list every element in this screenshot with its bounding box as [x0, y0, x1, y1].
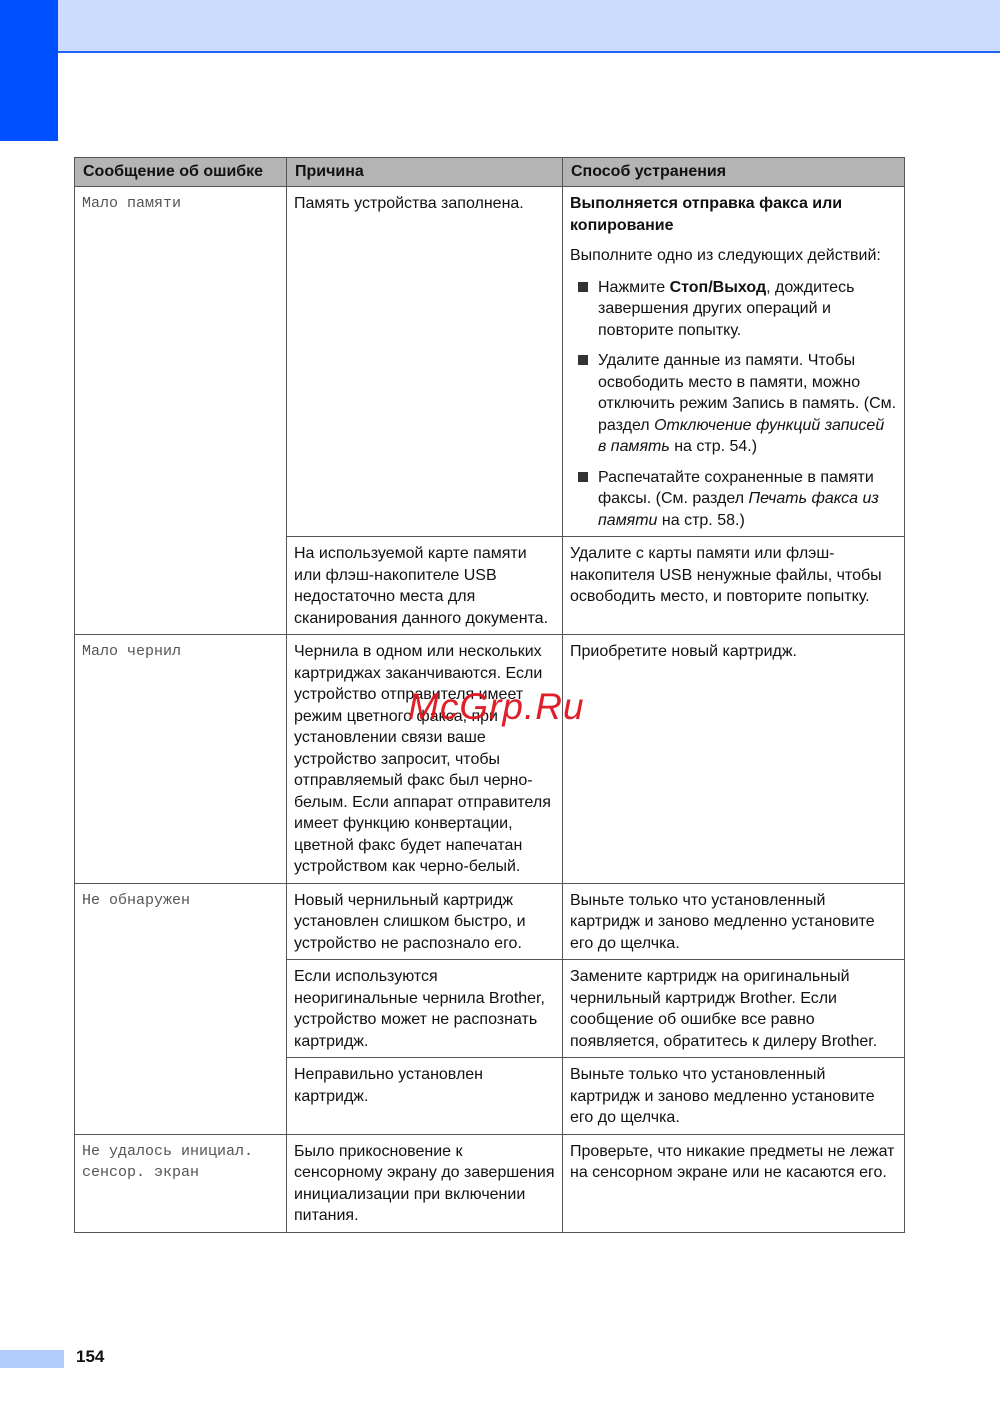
solution-intro: Выполните одно из следующих действий:: [570, 245, 897, 267]
solution-cell: Выньте только что установленный картридж…: [563, 883, 905, 960]
header-band: [58, 0, 1000, 53]
chapter-tab: [0, 0, 58, 141]
error-message-cell: Мало памяти: [75, 187, 287, 635]
item-text: Нажмите: [598, 279, 670, 296]
cause-cell: Неправильно установлен картридж.: [287, 1058, 563, 1135]
solution-cell: Удалите с карты памяти или флэш-накопите…: [563, 537, 905, 635]
cause-cell: Память устройства заполнена.: [287, 187, 563, 537]
cause-cell: Было прикосновение к сенсорному экрану д…: [287, 1134, 563, 1232]
cause-cell: Чернила в одном или нескольких картриджа…: [287, 635, 563, 884]
button-name-stop-exit: Стоп/Выход: [670, 279, 767, 296]
header-cause: Причина: [287, 158, 563, 187]
solution-cell: Приобретите новый картридж.: [563, 635, 905, 884]
page-number: 154: [76, 1347, 104, 1367]
list-item: Удалите данные из памяти. Чтобы освободи…: [570, 350, 897, 458]
table-row: Мало памяти Память устройства заполнена.…: [75, 187, 905, 537]
item-text: на стр. 58.): [657, 512, 744, 529]
cause-cell: На используемой карте памяти или флэш-на…: [287, 537, 563, 635]
solution-cell: Выполняется отправка факса или копирован…: [563, 187, 905, 537]
solution-title: Выполняется отправка факса или копирован…: [570, 193, 897, 236]
solution-cell: Выньте только что установленный картридж…: [563, 1058, 905, 1135]
table-row: Мало чернил Чернила в одном или нескольк…: [75, 635, 905, 884]
header-solution: Способ устранения: [563, 158, 905, 187]
list-item: Распечатайте сохраненные в памяти факсы.…: [570, 467, 897, 532]
list-item: Нажмите Стоп/Выход, дождитесь завершения…: [570, 277, 897, 342]
square-bullet-icon: [578, 282, 588, 292]
error-message-cell: Мало чернил: [75, 635, 287, 884]
error-message-cell: Не обнаружен: [75, 883, 287, 1134]
error-message-cell: Не удалось инициал. сенсор. экран: [75, 1134, 287, 1232]
solution-list: Нажмите Стоп/Выход, дождитесь завершения…: [570, 277, 897, 532]
cause-cell: Если используются неоригинальные чернила…: [287, 960, 563, 1058]
square-bullet-icon: [578, 472, 588, 482]
table-row: Не удалось инициал. сенсор. экран Было п…: [75, 1134, 905, 1232]
footer-bar: [0, 1350, 64, 1368]
table-row: Не обнаружен Новый чернильный картридж у…: [75, 883, 905, 960]
table-header-row: Сообщение об ошибке Причина Способ устра…: [75, 158, 905, 187]
watermark: McGrp.Ru: [408, 686, 585, 728]
solution-cell: Проверьте, что никакие предметы не лежат…: [563, 1134, 905, 1232]
header-error-message: Сообщение об ошибке: [75, 158, 287, 187]
square-bullet-icon: [578, 355, 588, 365]
item-text: на стр. 54.): [670, 438, 757, 455]
solution-cell: Замените картридж на оригинальный чернил…: [563, 960, 905, 1058]
cause-cell: Новый чернильный картридж установлен сли…: [287, 883, 563, 960]
